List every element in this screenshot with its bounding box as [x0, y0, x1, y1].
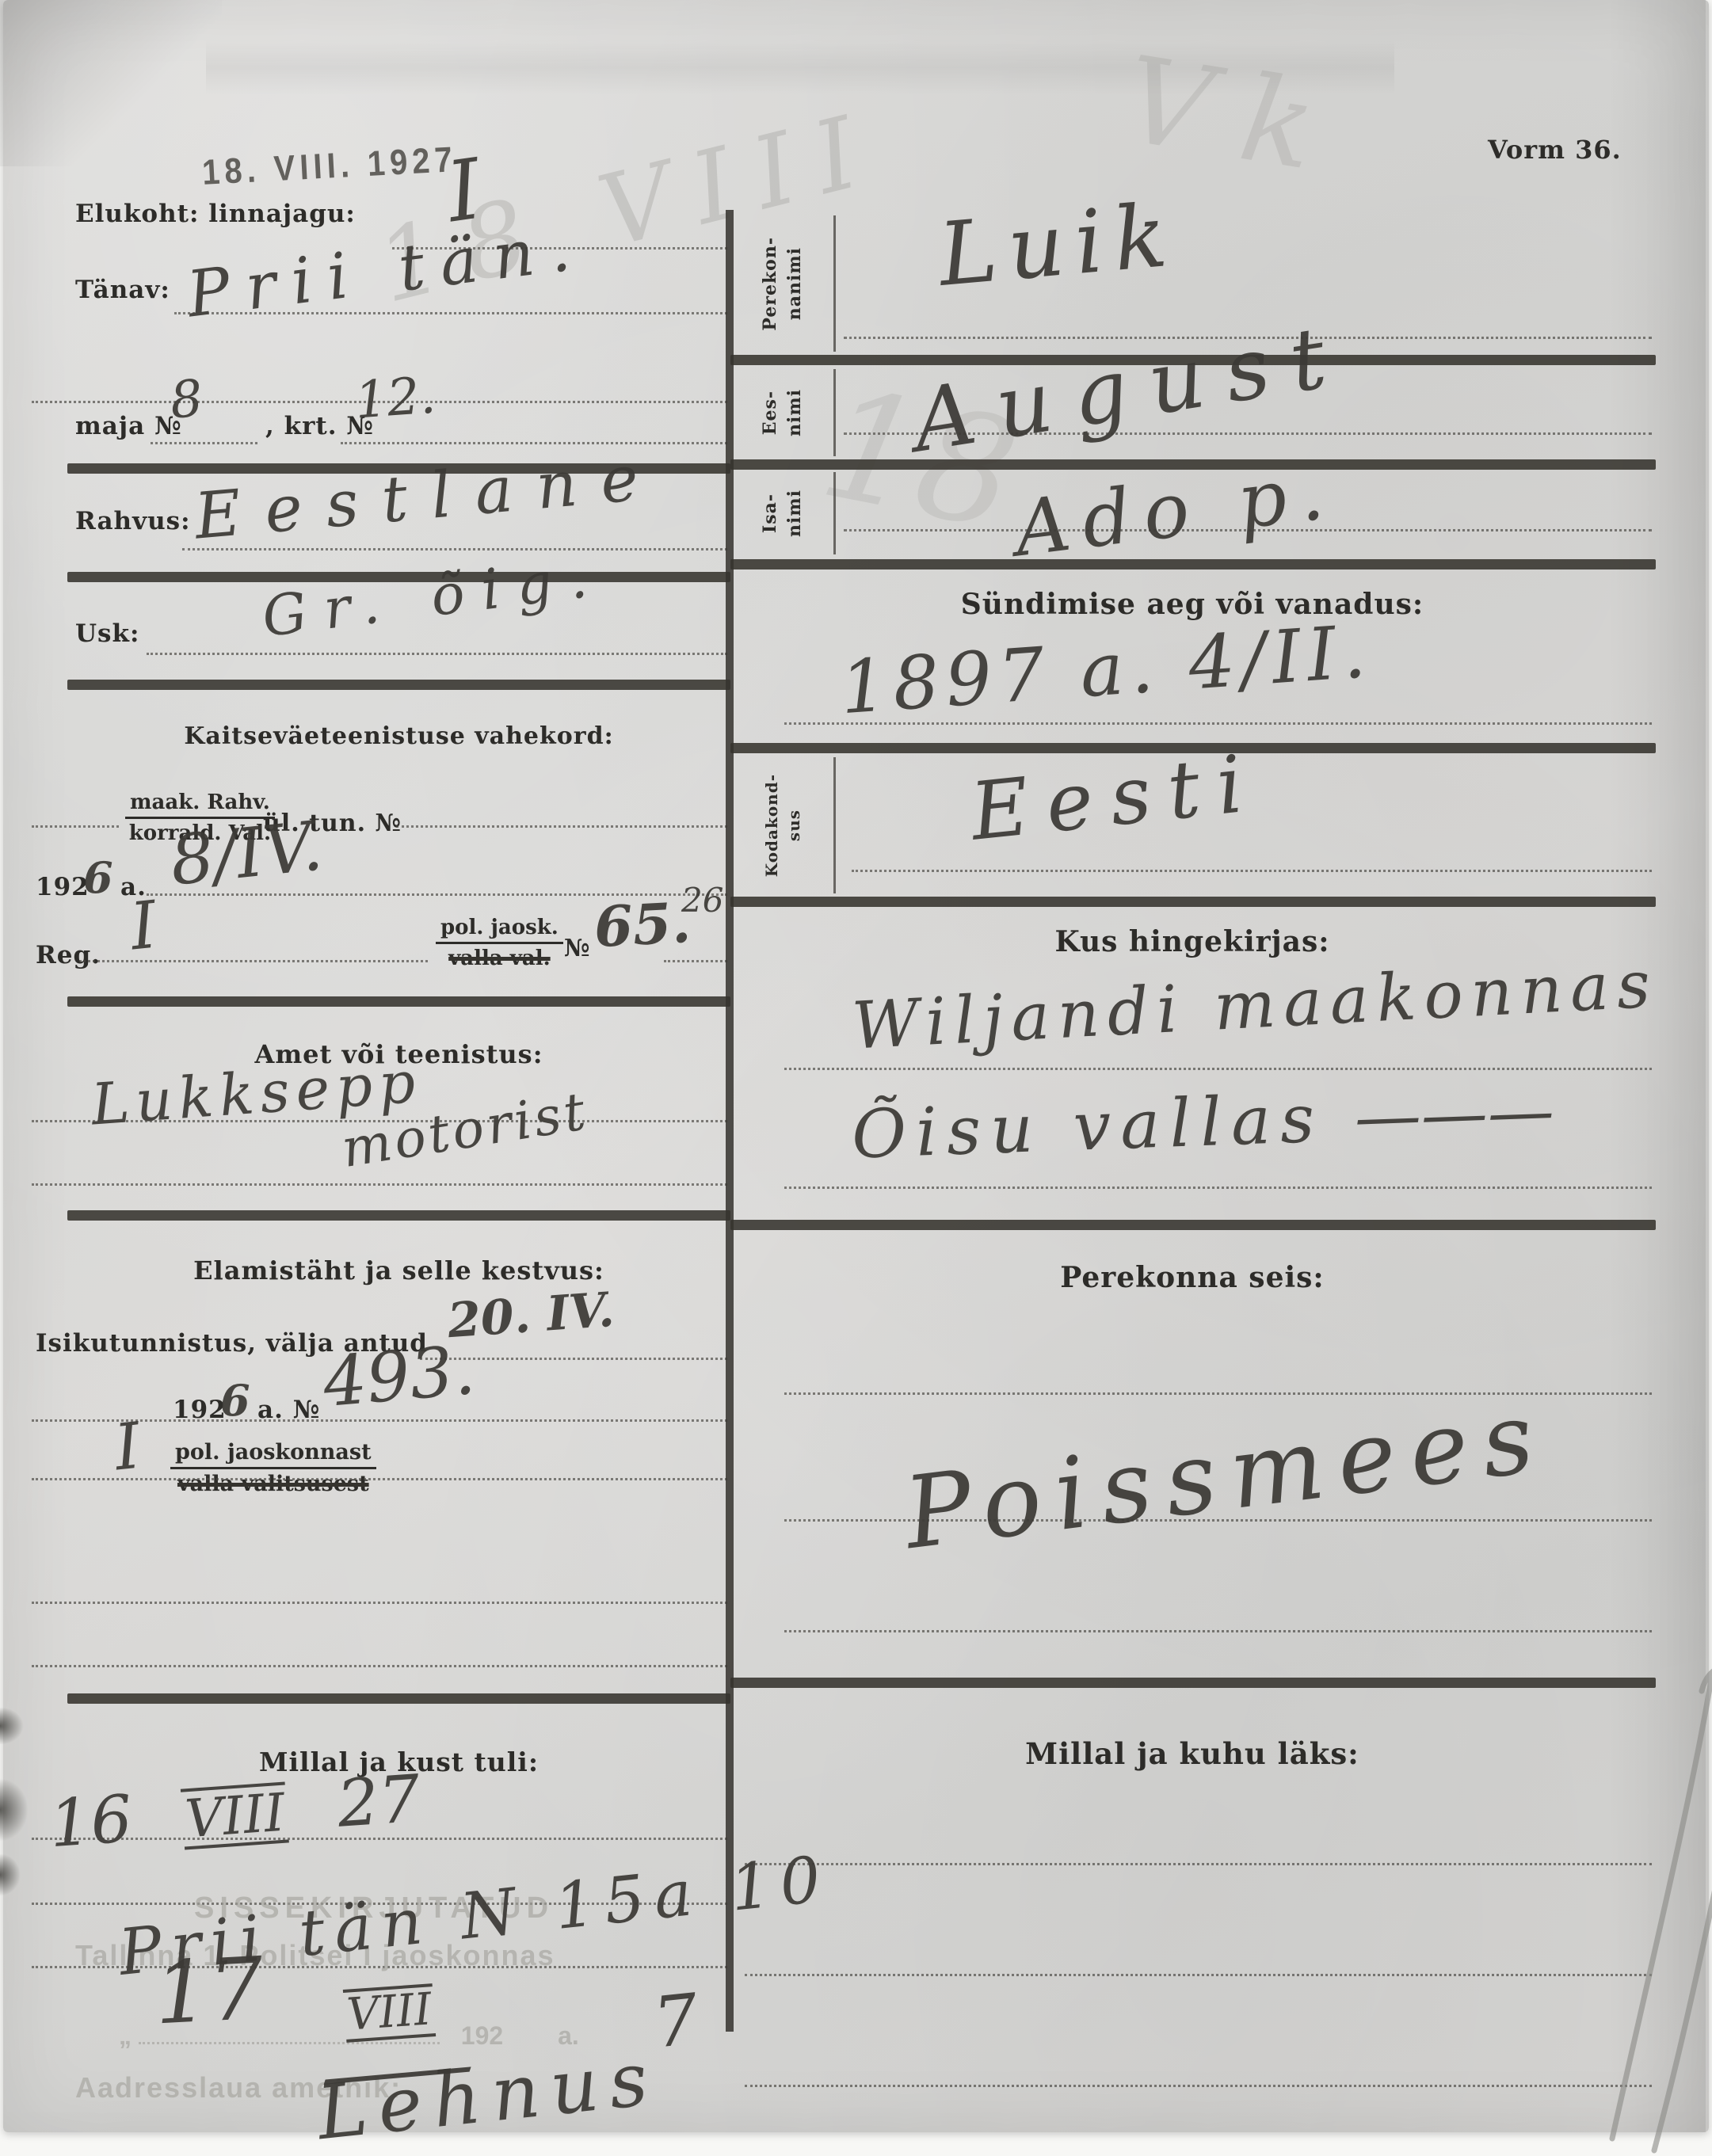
tuli-year: 27 — [335, 1762, 423, 1842]
tuli-day: 16 — [47, 1781, 135, 1862]
pencil-scribble — [1450, 1647, 1712, 2154]
kaitse-heading: Kaitseväeteenistuse vahekord: — [67, 722, 730, 750]
rahvus-label: Rahvus: — [75, 507, 191, 535]
dotted-line — [174, 312, 727, 314]
fraction-bottom-struck: valla valitsusest — [170, 1469, 376, 1496]
section-divider-bar — [67, 996, 730, 1007]
dotted-line — [32, 1120, 727, 1122]
section-divider-bar — [730, 1220, 1656, 1230]
usk-label: Usk: — [75, 619, 139, 648]
reg-no-handwriting: 65. — [593, 889, 692, 960]
krt-value-handwriting: 12. — [353, 367, 438, 431]
vertical-label-line: nimi — [785, 489, 805, 537]
section-divider-bar — [67, 1210, 730, 1221]
vertical-label-line: nimi — [785, 389, 805, 436]
dotted-line — [664, 960, 727, 962]
vertical-label-line: sus — [785, 809, 803, 841]
kaitse-date-handwriting: 8/IV. — [166, 806, 326, 901]
section-divider-bar — [730, 897, 1656, 907]
fraction-bottom-struck: valla val. — [436, 944, 563, 970]
section-divider-bar — [730, 559, 1656, 569]
stamp-open-quote: „ — [119, 2021, 132, 2050]
dotted-line — [79, 960, 428, 962]
ink-smudge — [0, 1853, 21, 1896]
dotted-line — [151, 442, 257, 444]
hingekirjas-heading: Kus hingekirjas: — [737, 925, 1648, 958]
label-separator-line — [833, 215, 836, 352]
dotted-line — [784, 722, 1652, 725]
perekonna-seis-heading: Perekonna seis: — [737, 1261, 1648, 1294]
perekonnanimi-label-cell: Perekon- nanimi — [737, 212, 829, 355]
dotted-line — [341, 442, 727, 444]
section-divider-bar — [67, 680, 730, 690]
no-label: № — [564, 935, 591, 962]
eesnimi-label-cell: Ees- nimi — [737, 366, 829, 459]
isanimi-label-cell: Isa- nimi — [737, 469, 829, 558]
dotted-line — [396, 825, 727, 828]
dotted-line — [784, 1630, 1652, 1632]
sundimise-heading: Sündimise aeg või vanadus: — [737, 588, 1648, 621]
dotted-line — [147, 653, 727, 655]
tuli2-day-handwriting: 17 — [152, 1939, 266, 2044]
vertical-label-line: Perekon- — [761, 237, 780, 331]
reg-no-superscript: 26 — [681, 881, 723, 920]
elamistaht-heading: Elamistäht ja selle kestvus: — [67, 1255, 730, 1286]
vertical-label-line: Isa- — [761, 493, 780, 533]
dotted-line — [182, 548, 727, 550]
ink-smudge — [0, 1778, 29, 1842]
column-divider-line — [726, 210, 734, 2032]
dotted-line — [852, 870, 1652, 872]
year-printed: 192 — [36, 873, 90, 901]
tanav-label: Tänav: — [75, 276, 170, 304]
hingekirjas-dash: ——— — [1353, 1072, 1555, 1156]
maja-value-handwriting: 8 — [168, 369, 205, 430]
dotted-line — [32, 1602, 727, 1604]
perekonnanimi-value-handwriting: Luik — [935, 184, 1182, 306]
fraction-top: pol. jaosk. — [436, 916, 563, 944]
fraction-top: pol. jaoskonnast — [170, 1440, 376, 1469]
pol-jaoskonnast-fraction: pol. jaoskonnast valla valitsusest — [170, 1440, 376, 1496]
dotted-line — [32, 1665, 727, 1667]
vertical-label-line: Kodakond- — [763, 774, 781, 877]
vertical-label-line: Ees- — [761, 390, 780, 435]
dotted-line — [32, 1183, 727, 1186]
pol-jaosk-fraction: pol. jaosk. valla val. — [436, 916, 563, 970]
label-separator-line — [833, 369, 836, 456]
year-digit-handwriting: 6 — [83, 852, 113, 903]
dotted-line — [784, 1068, 1652, 1070]
label-separator-line — [833, 757, 836, 893]
label-separator-line — [833, 472, 836, 554]
dotted-line — [32, 1478, 727, 1480]
maja-label: maja № — [75, 412, 182, 440]
vertical-label-line: nanimi — [785, 247, 805, 320]
scanned-registration-form: 18 VIII Vk 18 Vorm 36. Elukoht: linnajag… — [0, 0, 1712, 2156]
dotted-line — [32, 825, 119, 828]
ink-smudge — [0, 1707, 24, 1745]
form-code: Vorm 36. — [1488, 135, 1622, 165]
year2-digit-handwriting: 6 — [220, 1375, 250, 1426]
reg-label: Reg. — [36, 941, 101, 969]
stamp-year-digit-handwriting: 7 — [650, 1978, 702, 2063]
kodakondsus-label-cell: Kodakond- sus — [737, 754, 829, 897]
hingekirjas-value2-text: Õisu vallas — [851, 1080, 1325, 1174]
isiku-no-handwriting: 493. — [320, 1331, 478, 1423]
dotted-line — [32, 1838, 727, 1840]
elukoht-label: Elukoht: linnajagu: — [75, 200, 356, 228]
section-divider-bar — [67, 1693, 730, 1704]
dotted-line — [784, 1187, 1652, 1189]
